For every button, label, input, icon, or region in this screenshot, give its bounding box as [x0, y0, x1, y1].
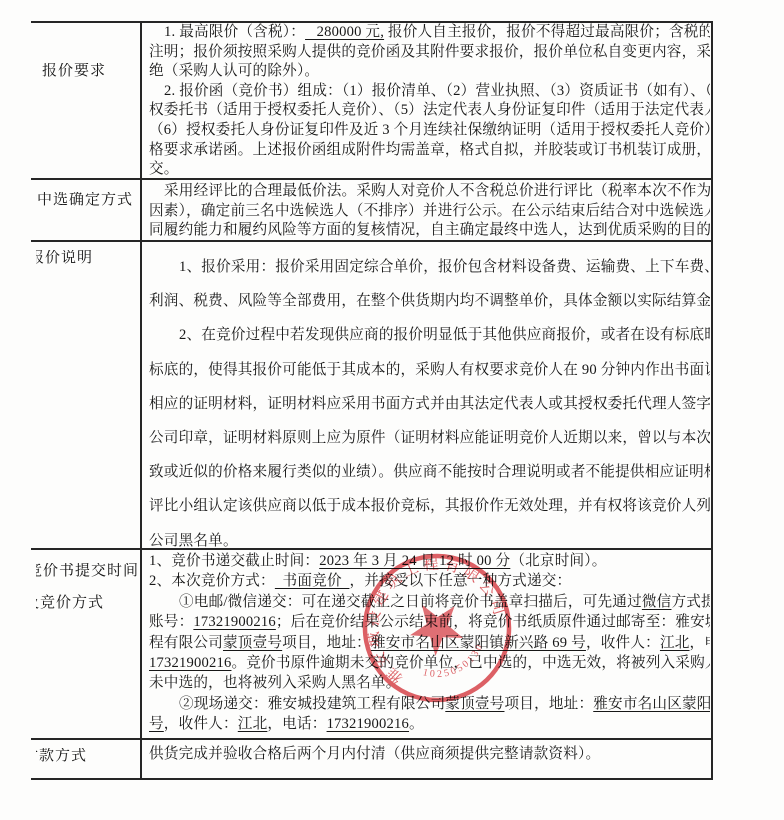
scanned-document-page: 报价要求 1. 最高限价（含税）： 280000 元, 报价人自主报价，报价不得… [0, 0, 784, 820]
table-row-payment-method: 付款方式 供货完成并验收合格后两个月内付清（供应商须提供完整请款资料）。 [0, 738, 784, 778]
text-line: 1、报价采用：报价采用固定综合单价，报价包含材料设备费、运输费、上下车费、管理费… [149, 250, 710, 284]
text-line: （6）授权委托人身份证复印件及近 3 个月连续社保缴纳证明（适用于授权委托人竞价… [149, 121, 710, 141]
table-border-bottom [31, 778, 713, 780]
row-label-text: 报价说明 [36, 250, 141, 266]
row-label-text: 及竞价方式 [36, 595, 141, 611]
text-line: 格要求承诺函。上述报价函组成附件均需盖章，格式自拟，并胶装或订书机装订成册，不得… [149, 141, 710, 161]
text-line: 注明；报价须按照采购人提供的竞价函及其附件要求报价，报价单位私自变更内容，采购人… [149, 43, 710, 63]
text-line: 号，收件人：江北，电话：17321900216。 [149, 714, 710, 734]
text-line: 未中选的，也将被列入采购人黑名单。 [149, 673, 710, 693]
text-line: 交。 [149, 160, 710, 180]
row-content: 1、竞价书递交截止时间：2023 年 3 月 24 日 12 时 00 分（北京… [149, 551, 710, 735]
row-label-text: 中选确定方式 [37, 192, 141, 208]
row-label-text: 竞价书提交时间 [36, 563, 141, 579]
text-line: 标底的，使得其报价可能低于其成本的，采购人有权要求竞价人在 90 分钟内作出书面… [149, 353, 710, 387]
text-line: 相应的证明材料，证明材料应采用书面方式并由其法定代表人或其授权委托代理人签字按手… [149, 387, 710, 421]
text-line: 账号：17321900216；后在竞价结果公示结束前，将竞价书纸质原件通过邮寄至… [149, 612, 710, 632]
text-line: 绝（采购人认可的除外）。 [149, 62, 710, 82]
row-content: 1. 最高限价（含税）： 280000 元, 报价人自主报价，报价不得超过最高限… [149, 23, 710, 180]
text-line: 采用经评比的合理最低价法。采购人对竞价人不含税总价进行评比（税率本次不作为竞争性… [149, 182, 710, 202]
row-label: 报价说明 [36, 250, 141, 266]
text-line: 程有限公司蒙顶壹号项目，地址：雅安市名山区蒙阳镇新兴路 69 号，收件人：江北，… [149, 633, 710, 653]
table-row-quote-notes: 报价说明 1、报价采用：报价采用固定综合单价，报价包含材料设备费、运输费、上下车… [0, 240, 784, 548]
text-line: 因素），确定前三名中选候选人（不排序）并进行公示。在公示结束后结合对中选候选人报… [149, 202, 710, 222]
text-line: 2. 报价函（竞价书）组成：（1）报价清单、（2）营业执照、（3）资质证书（如有… [149, 82, 710, 102]
row-label: 报价要求 [36, 63, 141, 79]
row-content: 供货完成并验收合格后两个月内付清（供应商须提供完整请款资料）。 [149, 744, 710, 764]
text-line: 17321900216。竞价书原件逾期未交的竞价单位，已中选的，中选无效，将被列… [149, 653, 710, 673]
text-line: 2、本次竞价方式： 书面竞价 ，并接受以下任意一种方式递交： [149, 571, 710, 591]
row-content: 1、报价采用：报价采用固定综合单价，报价包含材料设备费、运输费、上下车费、管理费… [149, 250, 710, 558]
text-line: 权委托书（适用于授权委托人竞价）、（5）法定代表人身份证复印件（适用于法定代表人… [149, 101, 710, 121]
text-line: 利润、税费、风险等全部费用，在整个供货期内均不调整单价，具体金额以实际结算金额为… [149, 284, 710, 318]
text-line: ②现场递交：雅安城投建筑工程有限公司蒙顶壹号项目，地址：雅安市名山区蒙阳镇新兴路… [149, 694, 710, 714]
text-line: 1、竞价书递交截止时间：2023 年 3 月 24 日 12 时 00 分（北京… [149, 551, 710, 571]
table-row-quote-requirements: 报价要求 1. 最高限价（含税）： 280000 元, 报价人自主报价，报价不得… [0, 21, 784, 178]
text-line: ①电邮/微信递交：可在递交截止之日前将竞价书盖章扫描后，可先通过微信方式提交，微… [149, 592, 710, 612]
row-label: 中选确定方式 [36, 192, 141, 208]
row-label-text: 付款方式 [36, 748, 141, 764]
row-label-text: 报价要求 [42, 63, 141, 79]
table-row-selection-method: 中选确定方式 采用经评比的合理最低价法。采购人对竞价人不含税总价进行评比（税率本… [0, 178, 784, 240]
text-line: 2、在竞价过程中若发现供应商的报价明显低于其他供应商报价，或者在设有标底时明显低… [149, 318, 710, 352]
text-line: 公司印章，证明材料原则上应为原件（证明材料应能证明竞价人近期以来，曾以与本次竞价… [149, 421, 710, 455]
text-line: 致或近似的价格来履行类似的业绩）。供应商不能按时合理说明或者不能提供相应证明材料… [149, 455, 710, 489]
text-line: 1. 最高限价（含税）： 280000 元, 报价人自主报价，报价不得超过最高限… [149, 23, 710, 43]
text-line: 供货完成并验收合格后两个月内付清（供应商须提供完整请款资料）。 [149, 744, 710, 764]
row-label: 付款方式 [36, 748, 141, 764]
text-line: 评比小组认定该供应商以低于成本报价竞标，其报价作无效处理，并有权将该竞价人列入雅… [149, 489, 710, 523]
table-row-submission-time-method: 竞价书提交时间 及竞价方式 1、竞价书递交截止时间：2023 年 3 月 24 … [0, 548, 784, 738]
row-content: 采用经评比的合理最低价法。采购人对竞价人不含税总价进行评比（税率本次不作为竞争性… [149, 182, 710, 241]
text-line: 同履约能力和履约风险等方面的复核情况，自主确定最终中选人，达到优质采购的目的。 [149, 221, 710, 241]
row-label: 竞价书提交时间 及竞价方式 [36, 563, 141, 611]
